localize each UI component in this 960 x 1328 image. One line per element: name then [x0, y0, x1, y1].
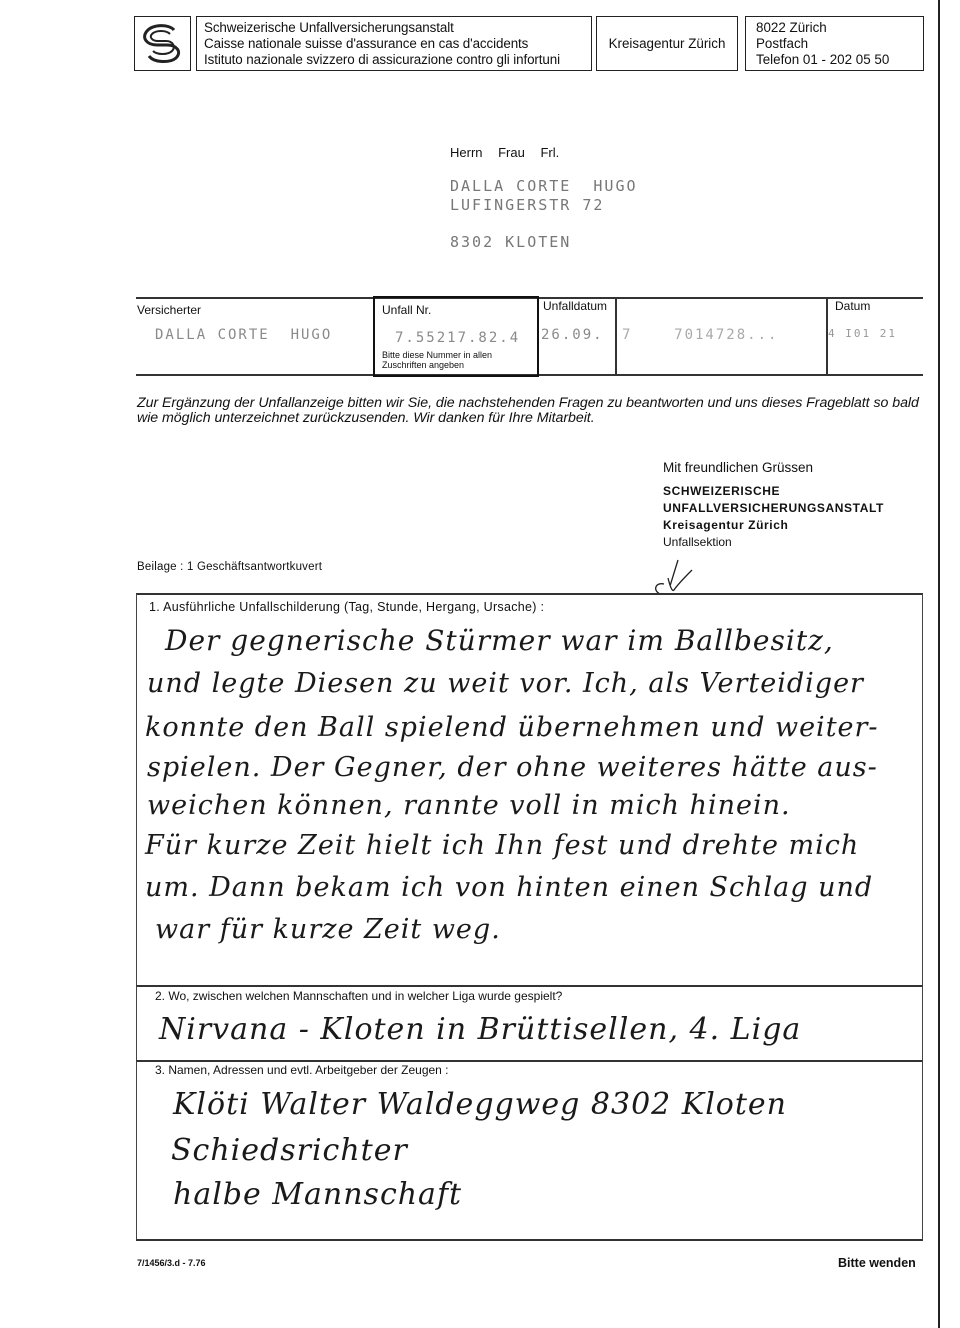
closing-block: Mit freundlichen Grüssen SCHWEIZERISCHE … [663, 460, 884, 551]
insured-label: Versicherter [137, 303, 201, 317]
question-2-box: 2. Wo, zwischen welchen Mannschaften und… [136, 986, 923, 1060]
accident-date-value: 26.09. [541, 327, 604, 343]
question-1-box: 1. Ausführliche Unfallschilderung (Tag, … [136, 594, 923, 986]
answer-line: konnte den Ball spielend übernehmen und … [145, 712, 879, 743]
accident-number-label: Unfall Nr. [382, 303, 431, 317]
date-value: 4 I01 21 [828, 327, 897, 340]
answer-line: weichen können, rannte voll in mich hine… [147, 790, 791, 821]
page-edge [938, 0, 940, 1328]
address-phone: Telefon 01 - 202 05 50 [746, 52, 923, 68]
closing-agency: Kreisagentur Zürich [663, 517, 884, 534]
question-1-title: 1. Ausführliche Unfallschilderung (Tag, … [149, 600, 544, 614]
closing-greeting: Mit freundlichen Grüssen [663, 460, 884, 475]
address-pobox: Postfach [746, 36, 923, 52]
logo [134, 16, 191, 71]
address-city: 8022 Zürich [746, 20, 923, 36]
answer-line: spielen. Der Gegner, der ohne weiteres h… [147, 752, 878, 783]
question-2-title: 2. Wo, zwischen welchen Mannschaften und… [155, 989, 562, 1003]
answer-line: um. Dann bekam ich von hinten einen Schl… [145, 872, 873, 903]
answer-line: halbe Mannschaft [173, 1177, 462, 1212]
divider [615, 297, 617, 375]
salutation: Herrn Frau Frl. [450, 145, 559, 160]
closing-org-line1: SCHWEIZERISCHE [663, 483, 884, 500]
answer-line: Nirvana - Kloten in Brüttisellen, 4. Lig… [159, 1012, 801, 1047]
suva-logo-icon [139, 21, 185, 65]
recipient-city: 8302 KLOTEN [450, 233, 638, 252]
date-label: Datum [835, 299, 870, 313]
agency-box: Kreisagentur Zürich [596, 16, 738, 71]
institution-name-it: Istituto nazionale svizzero di assicuraz… [197, 52, 591, 68]
answer-line: Der gegnerische Stürmer war im Ballbesit… [165, 624, 834, 657]
accident-number-box: Unfall Nr. 7.55217.82.4 Bitte diese Numm… [373, 296, 539, 377]
enclosure-note: Beilage : 1 Geschäftsantwortkuvert [137, 561, 322, 573]
answer-line: und legte Diesen zu weit vor. Ich, als V… [147, 668, 864, 699]
institution-name-box: Schweizerische Unfallversicherungsanstal… [196, 16, 592, 71]
accident-number-note: Bitte diese Nummer in allen Zuschriften … [382, 350, 502, 370]
accident-number-value: 7.55217.82.4 [395, 330, 520, 346]
closing-org-line2: UNFALLVERSICHERUNGSANSTALT [663, 500, 884, 517]
turn-over-note: Bitte wenden [838, 1256, 916, 1270]
answer-line: Schiedsrichter [171, 1133, 408, 1168]
institution-name-de: Schweizerische Unfallversicherungsanstal… [197, 20, 591, 36]
accident-date-label: Unfalldatum [543, 299, 607, 313]
answer-line: war für kurze Zeit weg. [155, 914, 501, 945]
question-3-title: 3. Namen, Adressen und evtl. Arbeitgeber… [155, 1063, 449, 1077]
recipient-name: DALLA CORTE HUGO [450, 177, 638, 195]
closing-section: Unfallsektion [663, 534, 884, 551]
insured-value: DALLA CORTE HUGO [155, 327, 332, 343]
answer-line: Für kurze Zeit hielt ich Ihn fest und dr… [145, 830, 859, 861]
recipient-street: LUFINGERSTR 72 [450, 196, 604, 214]
answer-line: Klöti Walter Waldeggweg 8302 Kloten [173, 1087, 787, 1122]
intro-text: Zur Ergänzung der Unfallanzeige bitten w… [137, 396, 937, 426]
question-3-box: 3. Namen, Adressen und evtl. Arbeitgeber… [136, 1061, 923, 1239]
question-3-bottom-rule [136, 1239, 923, 1241]
address-box: 8022 Zürich Postfach Telefon 01 - 202 05… [745, 16, 924, 71]
reference-value: 7 7014728... [622, 327, 778, 343]
recipient-address: DALLA CORTE HUGO LUFINGERSTR 728302 KLOT… [450, 177, 638, 252]
institution-name-fr: Caisse nationale suisse d'assurance en c… [197, 36, 591, 52]
form-code: 7/1456/3.d - 7.76 [137, 1258, 206, 1268]
agency-name: Kreisagentur Zürich [609, 36, 726, 51]
